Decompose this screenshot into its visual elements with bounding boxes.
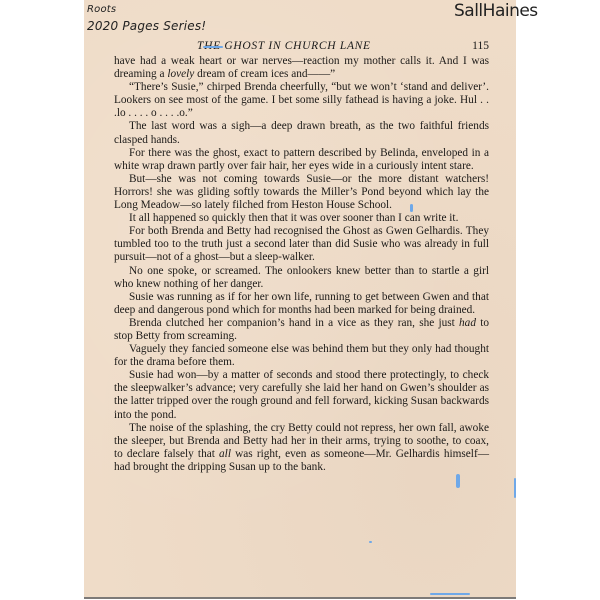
body-text: have had a weak heart or war nerves—reac… (114, 55, 489, 474)
paragraph: For both Brenda and Betty had recognised… (114, 225, 489, 264)
paragraph: No one spoke, or screamed. The onlookers… (114, 265, 489, 291)
page-number: 115 (472, 40, 489, 52)
blue-ink-fleck (456, 474, 460, 488)
italic-emphasis: all (219, 448, 231, 460)
paragraph: have had a weak heart or war nerves—reac… (114, 55, 489, 81)
handwritten-note-series: 2020 Pages Series! (87, 19, 206, 33)
paragraph: Brenda clutched her companion’s hand in … (114, 317, 489, 343)
blue-ink-fleck (410, 204, 413, 212)
paragraph: “There’s Susie,” chirped Brenda cheerful… (114, 81, 489, 120)
blue-ink-fleck (203, 46, 223, 48)
paragraph: Susie was running as if for her own life… (114, 291, 489, 317)
blue-ink-fleck (369, 541, 372, 543)
blue-ink-fleck (430, 593, 470, 595)
book-page: Roots 2020 Pages Series! SallHaines THE … (84, 0, 516, 599)
handwritten-signature: SallHaines (454, 1, 538, 21)
paragraph: Vaguely they fancied someone else was be… (114, 343, 489, 369)
paragraph: Susie had won—by a matter of seconds and… (114, 369, 489, 421)
blue-ink-fleck (514, 478, 516, 498)
paragraph: The noise of the splashing, the cry Bett… (114, 422, 489, 474)
italic-emphasis: lovely (167, 68, 194, 80)
paragraph: For there was the ghost, exact to patter… (114, 147, 489, 173)
paragraph: It all happened so quickly then that it … (114, 212, 489, 225)
running-title: THE GHOST IN CHURCH LANE (197, 40, 371, 52)
italic-emphasis: had (459, 317, 476, 329)
running-header: THE GHOST IN CHURCH LANE 115 (111, 40, 489, 56)
handwritten-note-roots: Roots (87, 4, 116, 15)
paragraph: The last word was a sigh—a deep drawn br… (114, 120, 489, 146)
paragraph: But—she was not coming towards Susie—or … (114, 173, 489, 212)
